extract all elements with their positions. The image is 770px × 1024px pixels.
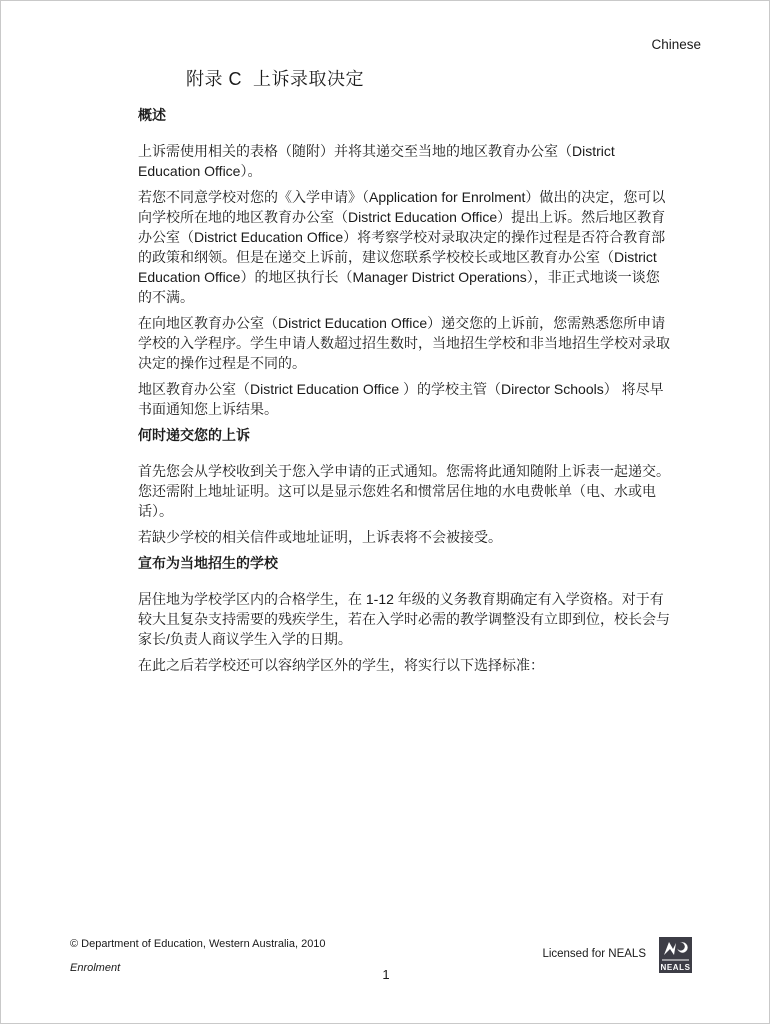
section-local-intake-schools: 宣布为当地招生的学校 居住地为学校学区内的合格学生，在 1-12 年级的义务教育… <box>138 553 704 675</box>
paragraph: 在向地区教育办公室（District Education Office）递交您的… <box>138 313 704 373</box>
section-overview: 概述 上诉需使用相关的表格（随附）并将其递交至当地的地区教育办公室（Distri… <box>138 105 704 419</box>
paragraph: 上诉需使用相关的表格（随附）并将其递交至当地的地区教育办公室（District … <box>138 141 704 181</box>
paragraph: 在此之后若学校还可以容纳学区外的学生，将实行以下选择标准： <box>138 655 704 675</box>
language-label: Chinese <box>651 37 701 53</box>
section-when-to-lodge: 何时递交您的上诉 首先您会从学校收到关于您入学申请的正式通知。您需将此通知随附上… <box>138 425 704 547</box>
paragraph: 居住地为学校学区内的合格学生，在 1-12 年级的义务教育期确定有入学资格。对于… <box>138 589 704 649</box>
paragraph: 地区教育办公室（District Education Office ）的学校主管… <box>138 379 704 419</box>
section-heading: 概述 <box>138 105 704 125</box>
document-page: Chinese 附录 C 上诉录取决定 概述 上诉需使用相关的表格（随附）并将其… <box>0 0 770 1024</box>
paragraph: 若缺少学校的相关信件或地址证明，上诉表将不会被接受。 <box>138 527 704 547</box>
document-title: 附录 C 上诉录取决定 <box>186 67 364 91</box>
footer-license-label: Licensed for NEALS <box>1 947 646 961</box>
paragraph: 首先您会从学校收到关于您入学申请的正式通知。您需将此通知随附上诉表一起递交。 您… <box>138 461 704 521</box>
paragraph: 若您不同意学校对您的《入学申请》（Application for Enrolme… <box>138 187 704 307</box>
section-heading: 宣布为当地招生的学校 <box>138 553 704 573</box>
section-heading: 何时递交您的上诉 <box>138 425 704 445</box>
page-number: 1 <box>1 967 770 983</box>
neals-logo-text: NEALS <box>659 963 692 972</box>
document-body: 概述 上诉需使用相关的表格（随附）并将其递交至当地的地区教育办公室（Distri… <box>138 105 704 681</box>
neals-logo: NEALS <box>659 937 692 973</box>
